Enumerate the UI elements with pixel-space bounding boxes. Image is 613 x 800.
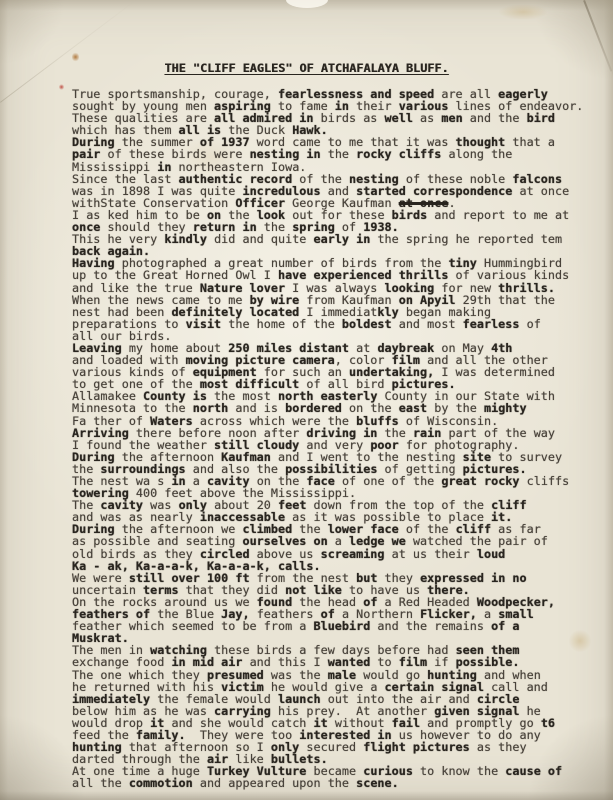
- document-title: THE "CLIFF EAGLES" OF ATCHAFALAYA BLUFF.: [0, 61, 613, 75]
- bold-typed-text: fearless: [463, 317, 520, 331]
- bold-typed-text: cause of: [505, 764, 562, 778]
- bold-typed-text: flight pictures: [363, 740, 470, 754]
- typed-text: the spring he reported tem: [370, 232, 562, 246]
- typed-text: that a: [505, 135, 555, 149]
- bold-typed-text: of a: [491, 619, 519, 633]
- bold-typed-text: bird: [527, 111, 555, 125]
- bold-typed-text: men: [441, 111, 462, 125]
- bold-typed-text: loud: [477, 547, 505, 561]
- bold-typed-text: well: [385, 111, 413, 125]
- bold-typed-text: rocky cliffs: [356, 147, 441, 161]
- bold-typed-text: visit: [186, 317, 222, 331]
- typed-text: as: [413, 111, 441, 125]
- document-line: all the commotion and appeared upon the …: [72, 777, 603, 789]
- typed-text: along the: [441, 147, 512, 161]
- bold-typed-text: early in: [314, 232, 371, 246]
- bold-typed-text: kindly: [164, 232, 207, 246]
- typed-text: of: [519, 317, 540, 331]
- typed-text: and appeared upon the: [193, 776, 356, 790]
- paper-stain: [498, 4, 548, 20]
- scanned-document-page: THE "CLIFF EAGLES" OF ATCHAFALAYA BLUFF.…: [0, 0, 613, 800]
- typed-text: and the: [463, 111, 527, 125]
- typed-text: and most: [392, 317, 463, 331]
- paper-stain: [59, 84, 64, 90]
- typed-text: and the remains: [370, 619, 491, 633]
- bold-typed-text: Bluebird: [313, 619, 370, 633]
- typed-text: at once: [512, 184, 569, 198]
- typed-text: cliffs: [520, 474, 570, 488]
- typed-text: as they: [470, 740, 527, 754]
- bold-typed-text: t6: [541, 716, 555, 730]
- bold-typed-text: boldest: [342, 317, 392, 331]
- paper-edge-notch: [286, 0, 328, 8]
- bold-typed-text: screaming: [321, 547, 385, 561]
- typed-text: all the: [72, 776, 129, 790]
- typed-text: and report to me at: [427, 208, 569, 222]
- typed-text: at us their: [385, 547, 477, 561]
- bold-typed-text: great rocky: [441, 474, 519, 488]
- typed-text: to know the: [413, 764, 505, 778]
- bold-typed-text: scene.: [356, 776, 399, 790]
- document-body: True sportsmanship, courage, fearlessnes…: [72, 88, 603, 789]
- typed-text: the home of the: [221, 317, 342, 331]
- document-line: feather which seemed to be from a Bluebi…: [72, 620, 603, 632]
- bold-typed-text: commotion: [129, 776, 193, 790]
- typed-text: the: [321, 147, 357, 161]
- typed-text: did and quite: [207, 232, 314, 246]
- document-line: This he very kindly did and quite early …: [72, 233, 603, 245]
